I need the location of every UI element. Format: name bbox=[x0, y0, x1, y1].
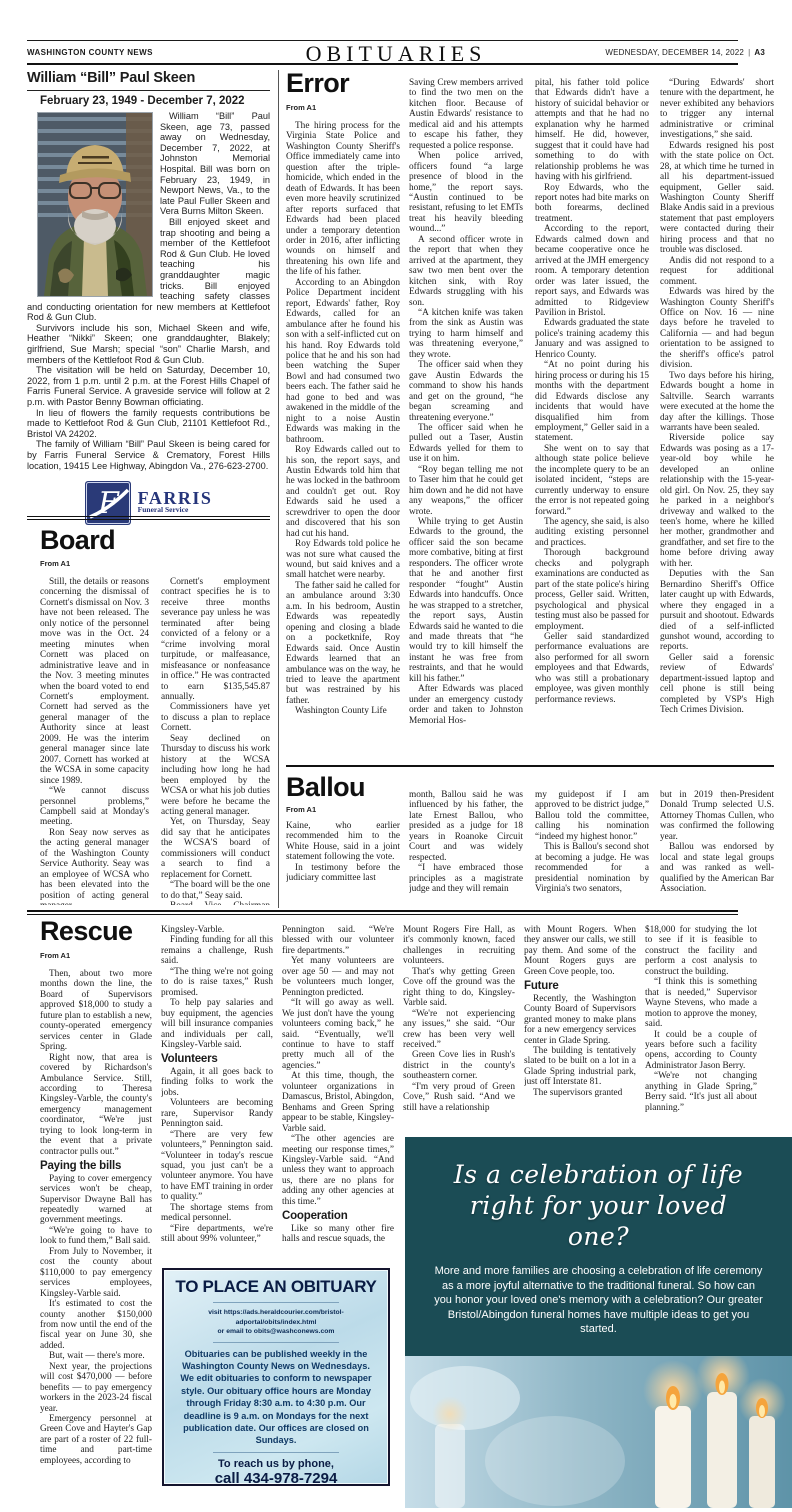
ad-body-text: More and more families are choosing a ce… bbox=[433, 1264, 765, 1337]
board-article: Board From A1 Still, the details or reas… bbox=[40, 527, 270, 905]
article-paragraph: Yet many volunteers are over age 50 — an… bbox=[282, 956, 394, 998]
article-paragraph: Geller said a forensic review of Edwards… bbox=[660, 653, 774, 716]
article-paragraph: Like so many other fire halls and rescue… bbox=[282, 1224, 394, 1245]
article-paragraph: But, wait — there's more. bbox=[40, 1351, 152, 1361]
article-paragraph: Ron Seay now serves as the acting genera… bbox=[40, 828, 149, 905]
article-paragraph: “Roy began telling me not to Taser him t… bbox=[409, 465, 523, 517]
article-subhead: Cooperation bbox=[282, 1211, 394, 1221]
article-paragraph: Yet, on Thursday, Seay did say that he a… bbox=[161, 817, 270, 880]
article-paragraph: Deputies with the San Bernardino Sheriff… bbox=[660, 569, 774, 653]
place-obituary-box: TO PLACE AN OBITUARY visit https://ads.h… bbox=[162, 1268, 390, 1486]
article-paragraph: $18,000 for studying the lot to see if i… bbox=[645, 925, 757, 977]
article-paragraph: Edwards graduated the state police's tra… bbox=[535, 318, 649, 360]
rescue-column-6: $18,000 for studying the lot to see if i… bbox=[645, 925, 757, 1137]
farris-logo-text: FARRIS Funeral Service bbox=[138, 493, 213, 515]
article-paragraph: Pennington said. “We're blessed with our… bbox=[282, 925, 394, 956]
error-headline: Error bbox=[286, 70, 400, 97]
article-subhead: Future bbox=[524, 981, 636, 991]
obituary-policy-text: Obituaries can be published weekly in th… bbox=[174, 1348, 378, 1447]
farris-funeral-service-logo: F FARRIS Funeral Service bbox=[27, 481, 270, 528]
ad-headline: Is a celebration of life right for your … bbox=[449, 1159, 749, 1252]
article-paragraph: While trying to get Austin Edwards to th… bbox=[409, 517, 523, 684]
date-text: WEDNESDAY, DECEMBER 14, 2022 bbox=[605, 48, 744, 57]
article-paragraph: but in 2019 then-President Donald Trump … bbox=[660, 790, 774, 842]
article-paragraph: Cornett's employment contract specifies … bbox=[161, 577, 270, 702]
phone-intro: To reach us by phone, bbox=[174, 1458, 378, 1470]
article-paragraph: Washington County Life bbox=[286, 706, 400, 716]
article-paragraph: “The board will be the one to do that,” … bbox=[161, 880, 270, 901]
newspaper-page: WASHINGTON COUNTY NEWS OBITUARIES WEDNES… bbox=[0, 0, 792, 1512]
article-paragraph: Again, it all goes back to finding folks… bbox=[161, 1067, 273, 1098]
article-paragraph: Emergency personnel at Green Cove and Ha… bbox=[40, 1414, 152, 1466]
ballou-column-4: but in 2019 then-President Donald Trump … bbox=[660, 774, 774, 908]
article-paragraph: In testimony before the judiciary commit… bbox=[286, 863, 400, 884]
article-paragraph: The father said he called for an ambulan… bbox=[286, 581, 400, 706]
article-paragraph: That's why getting Green Cove off the gr… bbox=[403, 967, 515, 1009]
article-paragraph: “A kitchen knife was taken from the sink… bbox=[409, 308, 523, 360]
article-paragraph: From July to November, it cost the count… bbox=[40, 1247, 152, 1299]
page-number: A3 bbox=[754, 48, 765, 57]
farris-logo-mark-icon: F bbox=[85, 481, 131, 528]
rescue-column-5: with Mount Rogers. When they answer our … bbox=[524, 925, 636, 1135]
article-paragraph: Kingsley-Varble. bbox=[161, 925, 273, 935]
article-paragraph: Finding funding for all this remains a c… bbox=[161, 935, 273, 966]
article-paragraph: It could be a couple of years before suc… bbox=[645, 1030, 757, 1072]
article-paragraph: Roy Edwards, who the report notes had bi… bbox=[535, 183, 649, 225]
article-paragraph: Then, about two more months down the lin… bbox=[40, 969, 152, 1053]
obituary-url-line: visit https://ads.heraldcourier.com/bris… bbox=[174, 1308, 378, 1327]
article-paragraph: Next year, the projections will cost $47… bbox=[40, 1362, 152, 1414]
article-paragraph: Volunteers are becoming rare, Supervisor… bbox=[161, 1098, 273, 1129]
error-column-1: Error From A1 The hiring process for the… bbox=[286, 70, 400, 762]
place-obituary-title: TO PLACE AN OBITUARY bbox=[174, 1277, 378, 1297]
article-paragraph: “We're not changing anything in Glade Sp… bbox=[645, 1071, 757, 1113]
dateline-separator: | bbox=[748, 48, 750, 57]
article-paragraph: A second officer wrote in the report tha… bbox=[409, 235, 523, 308]
masthead-bottom-rule bbox=[27, 63, 738, 65]
section-divider bbox=[27, 910, 738, 915]
article-paragraph: Kaine, who earlier recommended him to th… bbox=[286, 821, 400, 863]
box-divider bbox=[213, 1452, 339, 1453]
article-paragraph: Seay declined on Thursday to discuss his… bbox=[161, 734, 270, 818]
article-paragraph: After Edwards was placed under an emerge… bbox=[409, 684, 523, 726]
article-paragraph: She went on to say that although state p… bbox=[535, 444, 649, 517]
article-paragraph: It's estimated to cost the county anothe… bbox=[40, 1299, 152, 1351]
article-paragraph: The agency, she said, is also auditing e… bbox=[535, 517, 649, 548]
article-paragraph: my guidepost if I am approved to be dist… bbox=[535, 790, 649, 842]
article-paragraph: Geller said standardized performance eva… bbox=[535, 632, 649, 705]
article-paragraph: Andis did not respond to a request for a… bbox=[660, 256, 774, 287]
obituary-email-line: or email to obits@washconews.com bbox=[174, 1327, 378, 1337]
board-headline: Board bbox=[40, 527, 270, 554]
skeen-obituary: William “Bill” Paul Skeen February 23, 1… bbox=[27, 70, 270, 528]
article-paragraph: pital, his father told police that Edwar… bbox=[535, 78, 649, 183]
article-paragraph: “Fire departments, we're still about 99%… bbox=[161, 1224, 273, 1245]
article-paragraph: Green Cove lies in Rush's district in th… bbox=[403, 1050, 515, 1081]
article-paragraph: Roy Edwards called out to his son, the r… bbox=[286, 445, 400, 539]
ballou-column-1: Ballou From A1 Kaine, who earlier recomm… bbox=[286, 774, 400, 908]
article-paragraph: Right now, that area is covered by Richa… bbox=[40, 1053, 152, 1158]
article-paragraph: Riverside police say Edwards was posing … bbox=[660, 433, 774, 569]
article-paragraph: “We're going to have to look to fund the… bbox=[40, 1226, 152, 1247]
board-column-1: Still, the details or reasons concerning… bbox=[40, 577, 149, 905]
ballou-column-2: month, Ballou said he was influenced by … bbox=[409, 774, 523, 908]
article-paragraph: “The thing we're not going to do is rais… bbox=[161, 967, 273, 998]
article-paragraph: “We cannot discuss personnel problems,” … bbox=[40, 786, 149, 828]
board-column-2: Cornett's employment contract specifies … bbox=[161, 577, 270, 905]
rescue-column-4: Mount Rogers Fire Hall, as it's commonly… bbox=[403, 925, 515, 1133]
article-paragraph: “During Edwards' short tenure with the d… bbox=[660, 78, 774, 141]
obituary-dates: February 23, 1949 - December 7, 2022 bbox=[40, 95, 270, 107]
article-paragraph: Paying to cover emergency services won't… bbox=[40, 1174, 152, 1226]
ballou-article: Ballou From A1 Kaine, who earlier recomm… bbox=[286, 774, 786, 908]
article-paragraph: The family of William “Bill” Paul Skeen … bbox=[27, 439, 270, 471]
article-subhead: Volunteers bbox=[161, 1054, 273, 1064]
article-paragraph: When police arrived, officers found “a l… bbox=[409, 151, 523, 235]
article-paragraph: The officer said when they gave Austin E… bbox=[409, 360, 523, 423]
article-paragraph: Thorough background checks and polygraph… bbox=[535, 548, 649, 632]
article-paragraph: According to the report, Edwards calmed … bbox=[535, 224, 649, 318]
article-paragraph: “I have embraced those principles as a m… bbox=[409, 863, 523, 894]
article-paragraph: Saving Crew members arrived to find the … bbox=[409, 78, 523, 151]
dateline: WEDNESDAY, DECEMBER 14, 2022|A3 bbox=[605, 48, 765, 57]
article-paragraph: with Mount Rogers. When they answer our … bbox=[524, 925, 636, 977]
box-divider bbox=[213, 1302, 339, 1303]
obituary-portrait-photo bbox=[38, 113, 152, 296]
error-article: Error From A1 The hiring process for the… bbox=[286, 70, 786, 762]
ballou-kicker: From A1 bbox=[286, 805, 400, 814]
article-paragraph: month, Ballou said he was influenced by … bbox=[409, 790, 523, 863]
rescue-kicker: From A1 bbox=[40, 951, 152, 960]
article-subhead: Paying the bills bbox=[40, 1161, 152, 1171]
article-paragraph: “The other agencies are meeting our resp… bbox=[282, 1134, 394, 1207]
article-paragraph: Recently, the Washington County Board of… bbox=[524, 994, 636, 1046]
article-paragraph: Roy Edwards told police he was not sure … bbox=[286, 539, 400, 581]
phone-number: call 434-978-7294 bbox=[174, 1470, 378, 1487]
article-paragraph: The supervisors granted bbox=[524, 1088, 636, 1098]
celebration-of-life-ad: Is a celebration of life right for your … bbox=[405, 1137, 792, 1508]
left-column-divider bbox=[27, 516, 270, 520]
article-paragraph: “I'm very proud of Green Cove,” Rush sai… bbox=[403, 1082, 515, 1113]
board-kicker: From A1 bbox=[40, 559, 270, 568]
article-paragraph: Edwards was hired by the Washington Coun… bbox=[660, 287, 774, 371]
rescue-column-2: Kingsley-Varble.Finding funding for all … bbox=[161, 925, 273, 1263]
article-paragraph: Two days before his hiring, Edwards boug… bbox=[660, 371, 774, 434]
rescue-column-3: Pennington said. “We're blessed with our… bbox=[282, 925, 394, 1265]
ballou-headline: Ballou bbox=[286, 774, 400, 801]
article-paragraph: Edwards resigned his post with the state… bbox=[660, 141, 774, 256]
rescue-column-1: Rescue From A1 Then, about two more mont… bbox=[40, 918, 152, 1490]
article-paragraph: The building is tentatively slated to be… bbox=[524, 1046, 636, 1088]
article-paragraph: Ballou was endorsed by local and state l… bbox=[660, 842, 774, 894]
article-paragraph: The shortage stems from medical personne… bbox=[161, 1203, 273, 1224]
ballou-column-3: my guidepost if I am approved to be dist… bbox=[535, 774, 649, 908]
candles-photo bbox=[405, 1356, 792, 1508]
article-paragraph: According to an Abingdon Police Departme… bbox=[286, 278, 400, 445]
article-paragraph: Still, the details or reasons concerning… bbox=[40, 577, 149, 786]
article-paragraph: At this time, though, the volunteer orga… bbox=[282, 1071, 394, 1134]
article-paragraph: “We're not experiencing any issues,” she… bbox=[403, 1009, 515, 1051]
ballou-top-rule bbox=[286, 765, 774, 767]
article-paragraph: Mount Rogers Fire Hall, as it's commonly… bbox=[403, 925, 515, 967]
error-column-4: “During Edwards' short tenure with the d… bbox=[660, 70, 774, 762]
article-paragraph: Commissioners have yet to discuss a plan… bbox=[161, 702, 270, 733]
article-paragraph: Board Vice Chairman Dwain Miller said Th… bbox=[161, 901, 270, 905]
error-kicker: From A1 bbox=[286, 103, 400, 112]
box-divider bbox=[213, 1342, 339, 1343]
rescue-headline: Rescue bbox=[40, 918, 152, 945]
article-paragraph: “At no point during his hiring process o… bbox=[535, 360, 649, 444]
article-paragraph: The officer said when he pulled out a Ta… bbox=[409, 423, 523, 465]
article-paragraph: “It will go away as well. We just don't … bbox=[282, 998, 394, 1071]
article-paragraph: The hiring process for the Virginia Stat… bbox=[286, 121, 400, 278]
article-paragraph: “There are very few volunteers,” Penning… bbox=[161, 1130, 273, 1203]
error-column-2: Saving Crew members arrived to find the … bbox=[409, 70, 523, 762]
article-paragraph: “I think this is something that is neede… bbox=[645, 977, 757, 1029]
error-column-3: pital, his father told police that Edwar… bbox=[535, 70, 649, 762]
vertical-column-rule bbox=[278, 70, 279, 908]
article-paragraph: In lieu of flowers the family requests c… bbox=[27, 408, 270, 440]
farris-name: FARRIS bbox=[138, 493, 213, 504]
obituary-name: William “Bill” Paul Skeen bbox=[27, 70, 270, 91]
article-paragraph: To help pay salaries and buy equipment, … bbox=[161, 998, 273, 1050]
article-paragraph: Survivors include his son, Michael Skeen… bbox=[27, 323, 270, 365]
article-paragraph: The visitation will be held on Saturday,… bbox=[27, 365, 270, 407]
obituary-body: William “Bill” Paul Skeen, age 73, passe… bbox=[27, 111, 270, 528]
article-paragraph: This is Ballou's second shot at becoming… bbox=[535, 842, 649, 894]
